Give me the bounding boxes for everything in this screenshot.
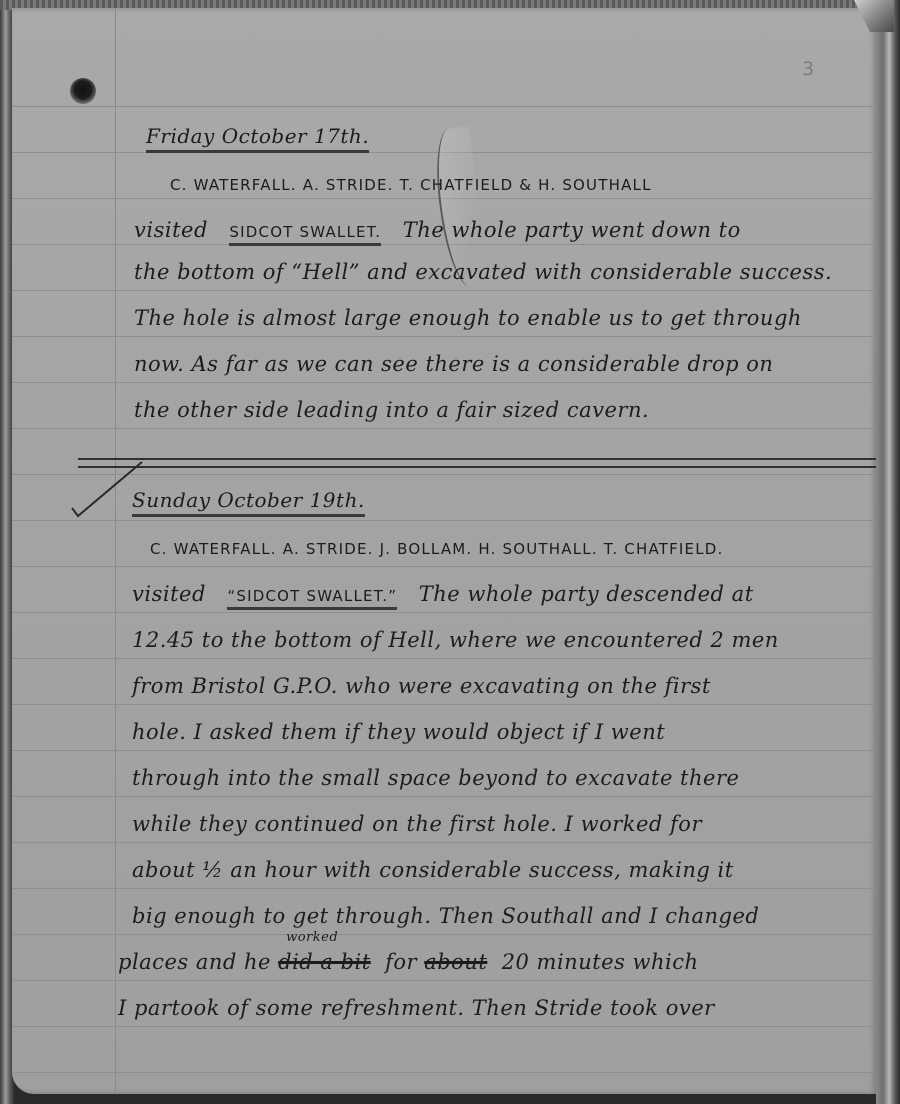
- entry-separator-bottom: [78, 466, 878, 468]
- entry-2-date-heading: Sunday October 19th.: [132, 488, 365, 512]
- ruled-line: [12, 750, 878, 751]
- cave-name: “SIDCOT SWALLET.”: [227, 587, 397, 610]
- ruled-line: [12, 1072, 878, 1073]
- entry-1-party: C. WATERFALL. A. STRIDE. T. CHATFIELD & …: [170, 176, 652, 194]
- ruled-line: [12, 980, 878, 981]
- correction: worked did a bit: [278, 950, 371, 974]
- entry-1-line-2: the bottom of “Hell” and excavated with …: [134, 260, 832, 284]
- entry-2-line-8: big enough to get through. Then Southall…: [132, 904, 759, 928]
- entry-2-line-2: 12.45 to the bottom of Hell, where we en…: [132, 628, 779, 652]
- entry-1-date-heading: Friday October 17th.: [146, 124, 369, 148]
- ruled-line: [12, 934, 878, 935]
- ruled-line: [12, 704, 878, 705]
- ruled-line: [12, 1026, 878, 1027]
- ruled-line: [12, 244, 878, 245]
- entry-1-line-1: visited SIDCOT SWALLET. The whole party …: [134, 218, 741, 242]
- inserted-word: worked: [286, 930, 338, 945]
- ruled-line: [12, 336, 878, 337]
- ruled-line: [12, 612, 878, 613]
- cave-name: SIDCOT SWALLET.: [229, 223, 381, 246]
- entry-2-line-5: through into the small space beyond to e…: [132, 766, 739, 790]
- page-number: 3: [802, 58, 814, 80]
- entry-2-line-10: I partook of some refreshment. Then Stri…: [118, 996, 715, 1020]
- entry-2-party: C. WATERFALL. A. STRIDE. J. BOLLAM. H. S…: [150, 540, 724, 558]
- punch-hole: [70, 78, 96, 104]
- ruled-line: [12, 106, 878, 107]
- struck-text: did a bit: [278, 950, 371, 974]
- entry-2-line-3: from Bristol G.P.O. who were excavating …: [132, 674, 711, 698]
- entry-separator-top: [78, 458, 878, 460]
- ruled-line: [12, 382, 878, 383]
- notebook-page: 3 Friday October 17th. C. WATERFALL. A. …: [12, 8, 878, 1094]
- book-binding-right: [876, 0, 900, 1104]
- ruled-line: [12, 566, 878, 567]
- ruled-line: [12, 290, 878, 291]
- entry-1-line-5: the other side leading into a fair sized…: [134, 398, 649, 422]
- margin-line: [115, 8, 116, 1094]
- ruled-line: [12, 658, 878, 659]
- entry-2-line-4: hole. I asked them if they would object …: [132, 720, 665, 744]
- ruled-line: [12, 888, 878, 889]
- entry-1-line-3: The hole is almost large enough to enabl…: [134, 306, 802, 330]
- entry-2-line-7: about ½ an hour with considerable succes…: [132, 858, 734, 882]
- ruled-line: [12, 796, 878, 797]
- struck-text: about: [424, 950, 487, 974]
- ruled-line: [12, 842, 878, 843]
- entry-2-line-9: places and he worked did a bit for about…: [118, 950, 699, 974]
- entry-2-line-6: while they continued on the first hole. …: [132, 812, 702, 836]
- ruled-line: [12, 428, 878, 429]
- entry-1-line-4: now. As far as we can see there is a con…: [134, 352, 773, 376]
- entry-2-line-1: visited “SIDCOT SWALLET.” The whole part…: [132, 582, 754, 606]
